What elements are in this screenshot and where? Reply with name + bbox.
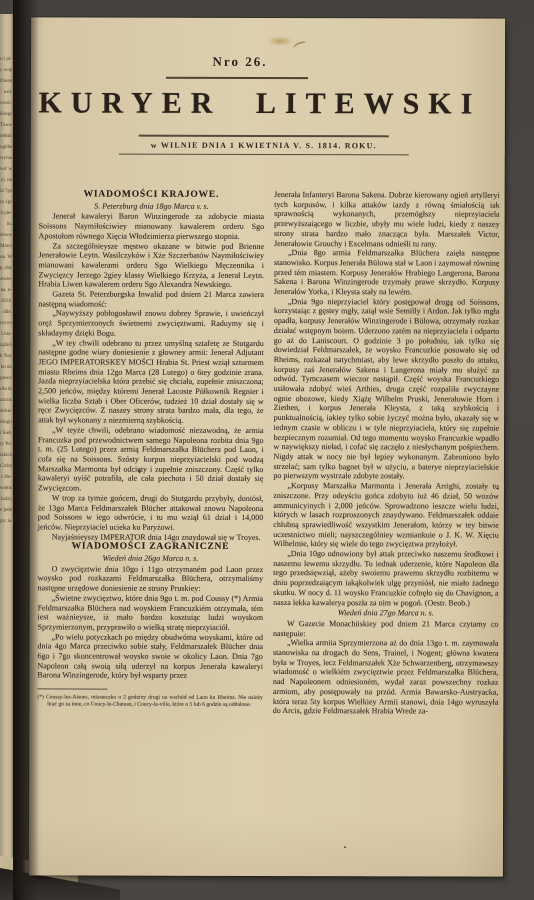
page-edge-text-fragment: Dniem [0,76,12,87]
left-column: WIADOMOŚCI KRAJOWE.S. Peterzburg dnia 18… [37,189,264,716]
page-edge-text-fragment: stwie- [0,274,12,285]
left-column-text: WIADOMOŚCI KRAJOWE.S. Peterzburg dnia 18… [37,190,264,681]
paragraph: „Dnia 8go armia Feldmarszałka Blüchera z… [274,248,500,297]
page-edge-text-fragment: drugim [0,417,12,428]
facing-page-text-fragments: u i pi-y wop.Dniem', wol-swoichlkiegoTow… [0,54,12,527]
paragraph: „Po wielu potyczkach po między obudwóma … [37,632,263,681]
page-edge-text-fragment: dile. [0,307,12,318]
page-edge-text-fragment: iakich [0,450,12,461]
page-edge-text-fragment: iążków [0,340,12,351]
page-edge-text-fragment: rednich [0,131,12,142]
paragraph: „Świetne zwycięztwo, które dnia 9go t. m… [38,593,264,632]
paragraph: „Dnia 9go nieprzyiaciel który postępował… [273,297,499,482]
page-edge-text-fragment: więtne, [0,483,12,494]
masthead-rule [166,77,308,79]
scanned-newspaper-page: { "colors": { "mat": "#4b4744", "paper":… [0,0,534,900]
page-edge-text-fragment: swoich [0,98,12,109]
dateline-vienna-27: Wiedeń dnia 27go Marca n. s. [273,608,499,618]
page-edge-text-fragment: ra 1go [0,197,12,208]
paragraph: „Naywyższy pobłogosławił znowu dobrey Sp… [38,309,264,339]
page-edge-text-fragment: lkiego [0,109,12,120]
footnote-rule [37,689,107,690]
page-edge-text-fragment: yi, na [0,175,12,186]
page-edge-text-fragment: ', wol- [0,87,12,98]
paragraph: „Dnia 10go odnowiony był attak przeciwko… [273,549,499,608]
paragraph: „Korpusy Marszałka Marmonta i Jenerała A… [273,481,499,550]
page-edge-text-fragment: Usta- [0,329,12,340]
dateline-petersburg: S. Peterzburg dnia 18go Marca v. s. [39,201,265,211]
page-edge-text-fragment: ry Po- [0,439,12,450]
page-edge-text-fragment: on. W [0,252,12,263]
page-edge-text-fragment: Marca [0,241,12,252]
dateline-rule-bottom [119,153,409,155]
page-edge-text-fragment: 1814. [0,296,12,307]
page-edge-text-fragment: ogólney [0,142,12,153]
page-edge-text-fragment: in. [0,219,12,230]
page-edge-text-fragment: p, dnia [0,263,12,274]
paragraph: W Gazecie Monachiiskiey pod dniem 21 Mar… [273,619,499,639]
paragraph: „Wielka armiia Sprzymierzona aż do dnia … [273,638,499,716]
paragraph: O zwycięztwie dnia 10go i 11go otrzymané… [38,564,264,594]
page-edge-text-fragment: riła do [0,384,12,395]
paragraph: Gazeta St. Peterzburgska Inwalid pod dni… [38,289,264,309]
footnote-text: (*) Coussy-les-Aisnes, miasteczko o 2 go… [37,695,263,709]
footnote-block: (*) Coussy-les-Aisnes, miasteczko o 2 go… [37,689,263,709]
section-heading-foreign: WIADOMOŚCI ZAGRANICZNE [38,543,264,553]
page-edge-text-fragment: wić w [0,164,12,175]
page-edge-text-fragment: ia 7go [0,186,12,197]
page-edge-text-fragment: e jedna [0,505,12,516]
dateline-vienna-26: Wiedeń dnia 26go Marca n. s. [38,553,264,563]
dateline-text: w WILNIE DNIA 1 KWIETNIA V. S. 1814. ROK… [139,136,389,151]
page-edge-text-fragment: zacznie [0,395,12,406]
page-edge-text-fragment: k Nay- [0,351,12,362]
page-edge-text-fragment: h pie- [0,208,12,219]
body-columns: WIADOMOŚCI KRAJOWE.S. Peterzburg dnia 18… [37,189,499,716]
paragraph: Jenerał kawaleryi Baron Winzingerode za … [39,212,265,242]
paragraph: „W tey chwili odebrano tu przez umyślną … [38,338,264,426]
page-edge-text-fragment: Towa- [0,120,12,131]
paragraph: „W teyże chwili, odebrano wiadomość niez… [38,425,264,494]
page-edge-text-fragment: go: ia- [0,516,12,527]
newspaper-sheet: Nro 26. KURYER LITEWSKI w WILNIE DNIA 1 … [29,17,505,876]
page-edge-text-fragment: dowo- [0,230,12,241]
page-edge-text-fragment: ludzi, [0,494,12,505]
paper-speck [344,846,346,848]
page-edge-text-fragment: rzywyi- [0,318,12,329]
page-edge-text-fragment: wylusz- [0,153,12,164]
newspaper-title: KURYER LITEWSKI [23,86,497,121]
right-column-text: Jenerała Infanteryi Barona Sakena. Dobrz… [273,190,500,717]
paragraph: Za szczególnieysze męstwo okazane w bitw… [38,241,264,290]
page-edge-text-fragment: głosu: [0,373,12,384]
page-edge-text-fragment: Cichnia [0,461,12,472]
paragraph-continuation: Jenerała Infanteryi Barona Sakena. Dobrz… [274,190,500,249]
facing-page-edge: u i pi-y wop.Dniem', wol-swoichlkiegoTow… [0,14,13,870]
page-edge-text-fragment: i Sieb, [0,428,12,439]
issue-number: Nro 26. [3,17,477,70]
paragraph: W trop za tymże gońcem, drugi do Stutgar… [38,493,264,532]
section-heading-domestic: WIADOMOŚCI KRAJOWE. [39,190,265,200]
page-edge-text-fragment: r Ho- [0,472,12,483]
page-edge-text-fragment: dobie i [0,406,12,417]
page-edge-text-fragment: ku do [0,362,12,373]
right-column: Jenerała Infanteryi Barona Sakena. Dobrz… [273,190,500,717]
dateline-banner: w WILNIE DNIA 1 KWIETNIA V. S. 1814. ROK… [139,135,389,156]
page-edge-text-fragment: na, u- [0,285,12,296]
